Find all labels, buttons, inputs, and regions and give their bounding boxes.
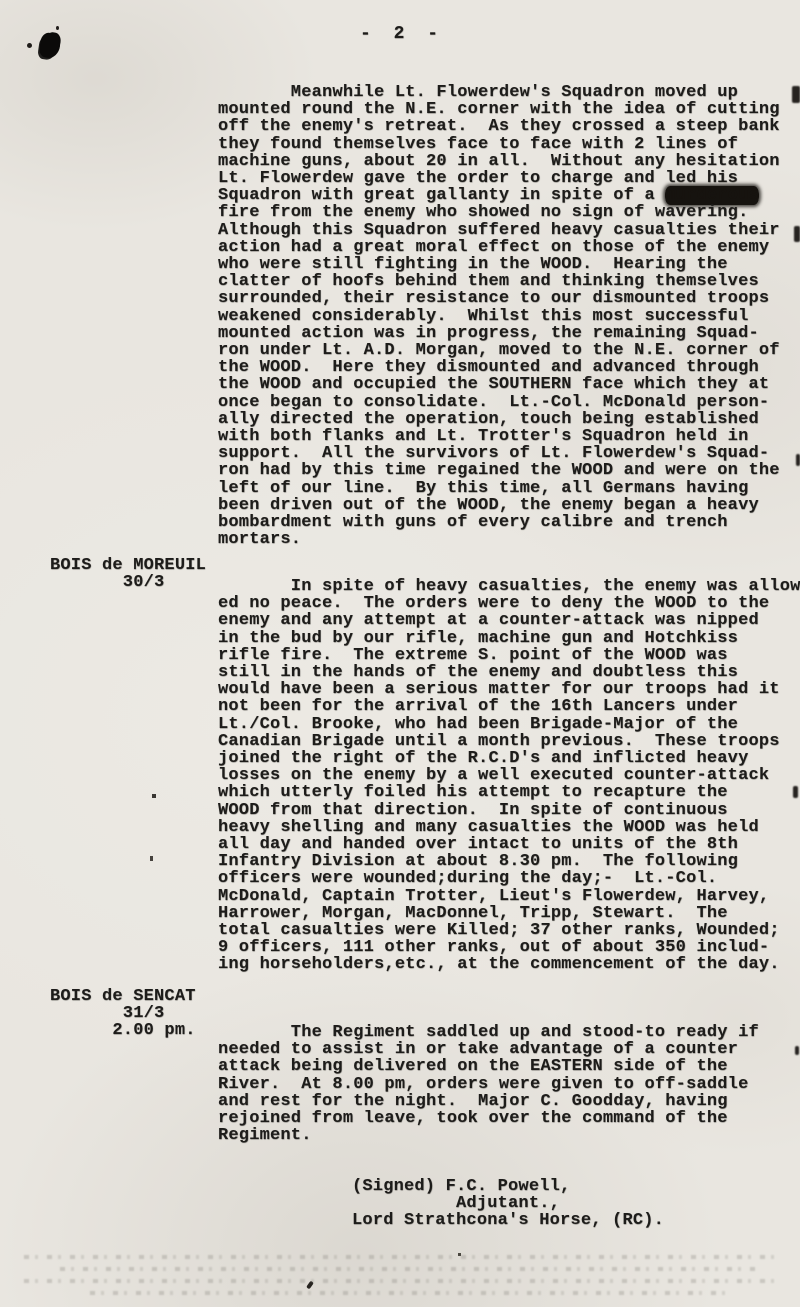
paragraph-text: fire from the enemy who showed no sign o… [218,203,780,549]
paragraph-flowerdew-charge: Meanwhile Lt. Flowerdew's Squadron moved… [218,84,780,548]
paragraph-sencat-stand-to: The Regiment saddled up and stood-to rea… [218,1024,759,1144]
page-edge-smudge [795,1046,799,1055]
page-number: - 2 - [360,26,444,43]
ink-speck [56,26,59,30]
ink-speck [150,856,153,861]
margin-note-bois-de-moreuil: BOIS de MOREUIL 30/3 [50,557,206,591]
bleed-through-text [24,1255,776,1259]
bleed-through-text [60,1267,760,1271]
paragraph-moreuil-defence: In spite of heavy casualties, the enemy … [218,578,800,974]
war-diary-page: - 2 - Meanwhile Lt. Flowerdew's Squadron… [0,0,800,1307]
ink-speck [27,43,32,48]
page-edge-smudge [793,786,798,798]
page-edge-smudge [794,226,800,242]
bleed-through-text [90,1291,730,1295]
bleed-through-text [24,1279,776,1283]
signature-block: (Signed) F.C. Powell, Adjutant., Lord St… [352,1178,664,1230]
page-edge-smudge [796,454,800,466]
page-edge-smudge [792,86,800,103]
ink-speck [152,794,156,798]
ink-blot [38,32,61,60]
margin-note-bois-de-sencat: BOIS de SENCAT 31/3 2.00 pm. [50,988,196,1040]
